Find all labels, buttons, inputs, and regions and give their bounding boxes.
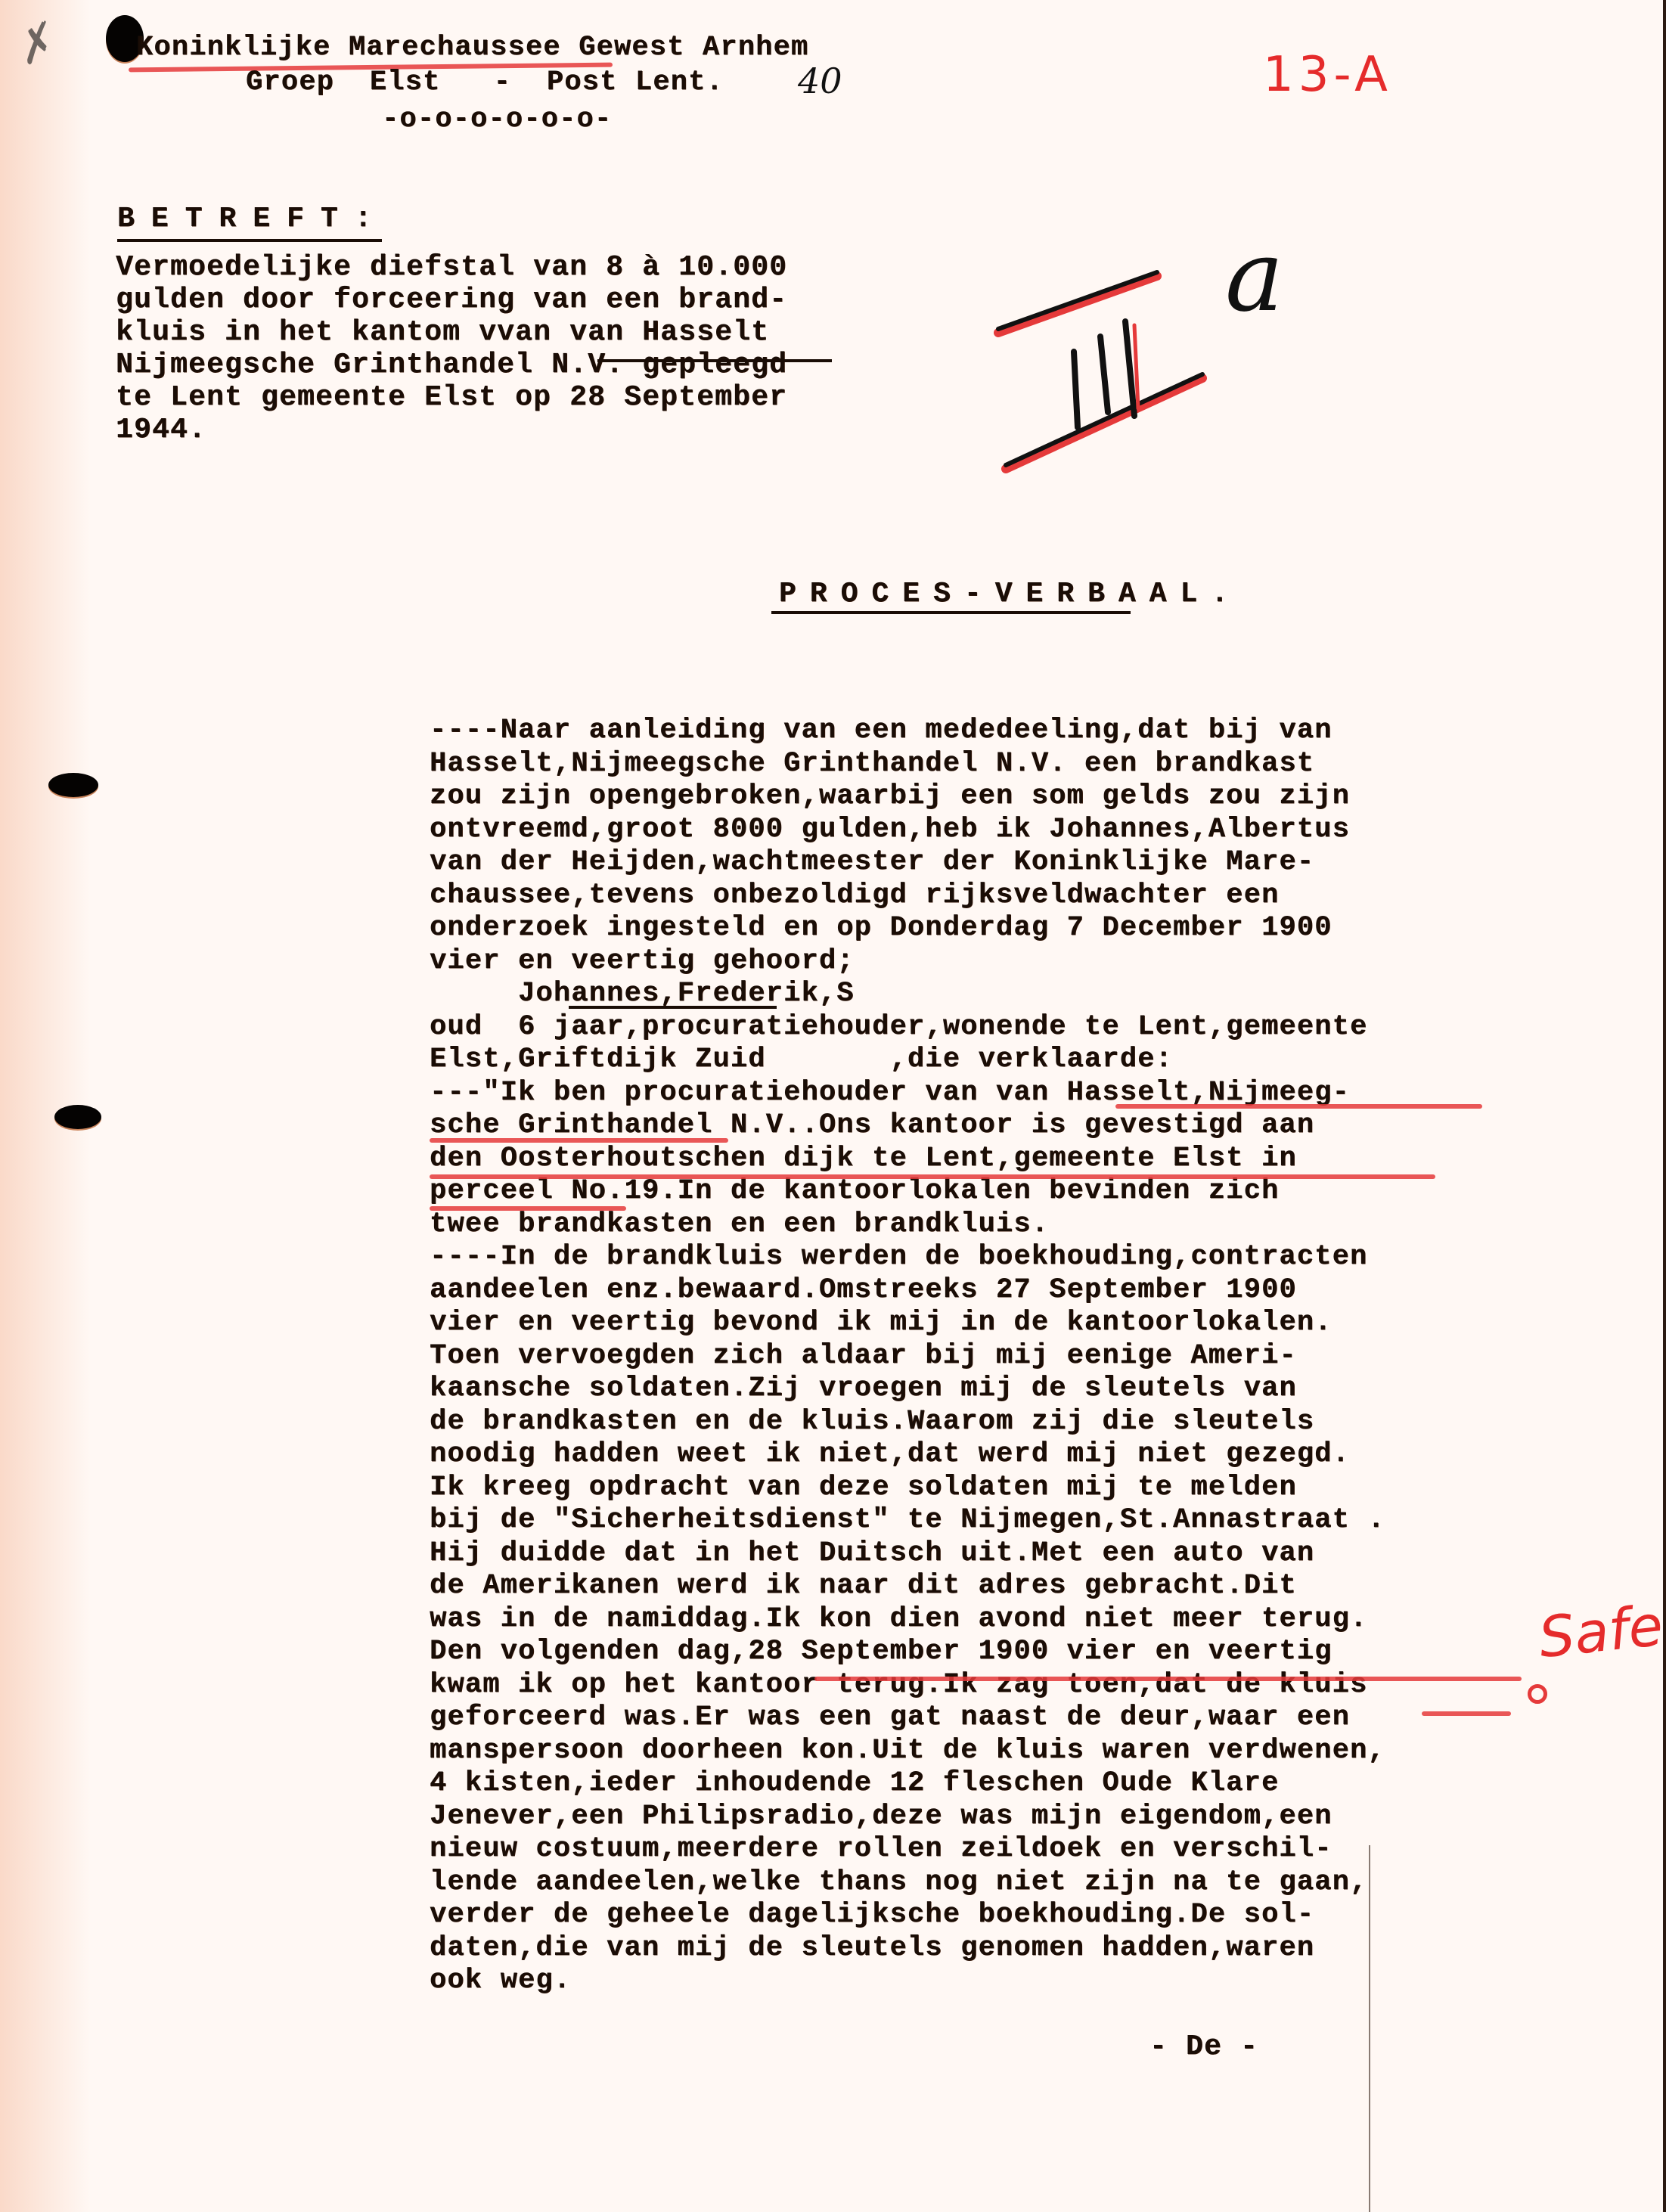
body-text-line: Hij duidde dat in het Duitsch uit.Met ee… [430, 1538, 1314, 1568]
header-separator: -o-o-o-o-o-o- [382, 104, 612, 135]
page-right-edge [1663, 0, 1666, 2212]
body-text-line: perceel No.19.In de kantoorlokalen bevin… [430, 1176, 1279, 1206]
file-code-annotation: 13-A [1263, 47, 1392, 103]
category-suffix: a [1225, 227, 1284, 325]
body-text-line: was in de namiddag.Ik kon dien avond nie… [430, 1604, 1367, 1634]
red-underline-company-2 [430, 1138, 728, 1143]
subject-label-underline [117, 239, 382, 242]
body-text-line: manspersoon doorheen kon.Uit de kluis wa… [430, 1736, 1385, 1766]
header-unit: Groep Elst - Post Lent. [246, 67, 724, 98]
red-underline-company [1115, 1104, 1482, 1109]
body-text-line: oud 6 jaar,procuratiehouder,wonende te L… [430, 1012, 1367, 1042]
subject-line: te Lent gemeente Elst op 28 September [116, 381, 787, 414]
header-organization: Koninklijke Marechaussee Gewest Arnhem [136, 32, 808, 64]
body-text-line: kaansche soldaten.Zij vroegen mij de sle… [430, 1373, 1297, 1404]
body-text-line: de brandkasten en de kluis.Waarom zij di… [430, 1407, 1314, 1437]
red-underline-kluis [1422, 1711, 1511, 1716]
punch-hole-bottom [54, 1105, 101, 1129]
subject-line: gulden door forceering van een brand- [116, 284, 787, 316]
body-text-line: Den volgenden dag,28 September 1900 vier… [430, 1637, 1332, 1667]
body-text-line: ook weg. [430, 1965, 571, 1996]
subject-label: BETREFT: [117, 203, 388, 235]
red-underline-address [430, 1174, 1435, 1179]
red-underline-date [814, 1677, 1522, 1681]
body-text-line: noodig hadden weet ik niet,dat werd mij … [430, 1439, 1350, 1469]
body-text-line: vier en veertig gehoord; [430, 946, 855, 976]
body-text-line: Toen vervoegden zich aldaar bij mij eeni… [430, 1341, 1297, 1371]
paper-fold-line [1369, 1845, 1370, 2212]
margin-note-safe: Safe [1536, 1593, 1666, 1671]
body-text-line: Ik kreeg opdracht van deze soldaten mij … [430, 1472, 1297, 1503]
body-text-line: Hasselt,Nijmeegsche Grinthandel N.V. een… [430, 749, 1314, 779]
body-text-line: den Oosterhoutschen dijk te Lent,gemeent… [430, 1143, 1297, 1174]
body-text-line: 4 kisten,ieder inhoudende 12 fleschen Ou… [430, 1768, 1279, 1798]
document-title: PROCES-VERBAAL. [779, 578, 1242, 610]
body-text-line: Jenever,een Philipsradio,deze was mijn e… [430, 1801, 1332, 1832]
body-text-line: geforceerd was.Er was een gat naast de d… [430, 1702, 1350, 1733]
body-text-line: sche Grinthandel N.V..Ons kantoor is gev… [430, 1110, 1314, 1140]
body-text-line: onderzoek ingesteld en op Donderdag 7 De… [430, 913, 1332, 943]
body-text-line: verder de geheele dagelijksche boekhoudi… [430, 1900, 1314, 1930]
body-text-line: twee brandkasten en een brandkluis. [430, 1209, 1049, 1239]
red-underline-parcel [430, 1206, 626, 1211]
body-text-line: Johannes,Frederik,S [430, 979, 855, 1009]
subject-company-underline [597, 359, 832, 362]
body-text-line: ---"Ik ben procuratiehouder van van Hass… [430, 1078, 1350, 1108]
body-text-line: aandeelen enz.bewaard.Omstreeks 27 Septe… [430, 1275, 1297, 1305]
body-text-line: de Amerikanen werd ik naar dit adres geb… [430, 1571, 1297, 1601]
body-text-line: kwam ik op het kantoor terug.Ik zag toen… [430, 1670, 1367, 1700]
subject-line: kluis in het kantom vvan van Hasselt [116, 316, 769, 349]
body-text-line: lende aandeelen,welke thans nog niet zij… [430, 1867, 1367, 1897]
post-number-handwritten: 40 [798, 60, 842, 101]
document-title-underline [771, 611, 1131, 614]
body-text-line: zou zijn opengebroken,waarbij een som ge… [430, 781, 1350, 811]
witness-name-underline [569, 1006, 777, 1009]
punch-hole-middle [48, 773, 98, 797]
category-mark [983, 250, 1407, 492]
body-text-line: van der Heijden,wachtmeester der Koninkl… [430, 847, 1314, 877]
body-text-line: ontvreemd,groot 8000 gulden,heb ik Johan… [430, 814, 1350, 845]
subject-line: Nijmeegsche Grinthandel N.V. gepleegd [116, 349, 787, 381]
page-continuation: - De - [1149, 2031, 1258, 2063]
body-text-line: chaussee,tevens onbezoldigd rijksveldwac… [430, 880, 1279, 911]
subject-line: 1944. [116, 414, 206, 446]
body-text-line: vier en veertig bevond ik mij in de kant… [430, 1308, 1332, 1338]
body-text-line: bij de "Sicherheitsdienst" te Nijmegen,S… [430, 1505, 1385, 1535]
body-text-line: daten,die van mij de sleutels genomen ha… [430, 1933, 1314, 1963]
subject-line: Vermoedelijke diefstal van 8 à 10.000 [116, 251, 787, 284]
roman-three-a-icon [983, 250, 1407, 492]
body-text-line: ----Naar aanleiding van een mededeeling,… [430, 715, 1332, 746]
body-text-line: ----In de brandkluis werden de boekhoudi… [430, 1242, 1367, 1272]
body-text-line: Elst,Griftdijk Zuid ,die verklaarde: [430, 1044, 1173, 1075]
red-circle-mark [1528, 1684, 1547, 1704]
body-text-line: nieuw costuum,meerdere rollen zeildoek e… [430, 1834, 1332, 1864]
